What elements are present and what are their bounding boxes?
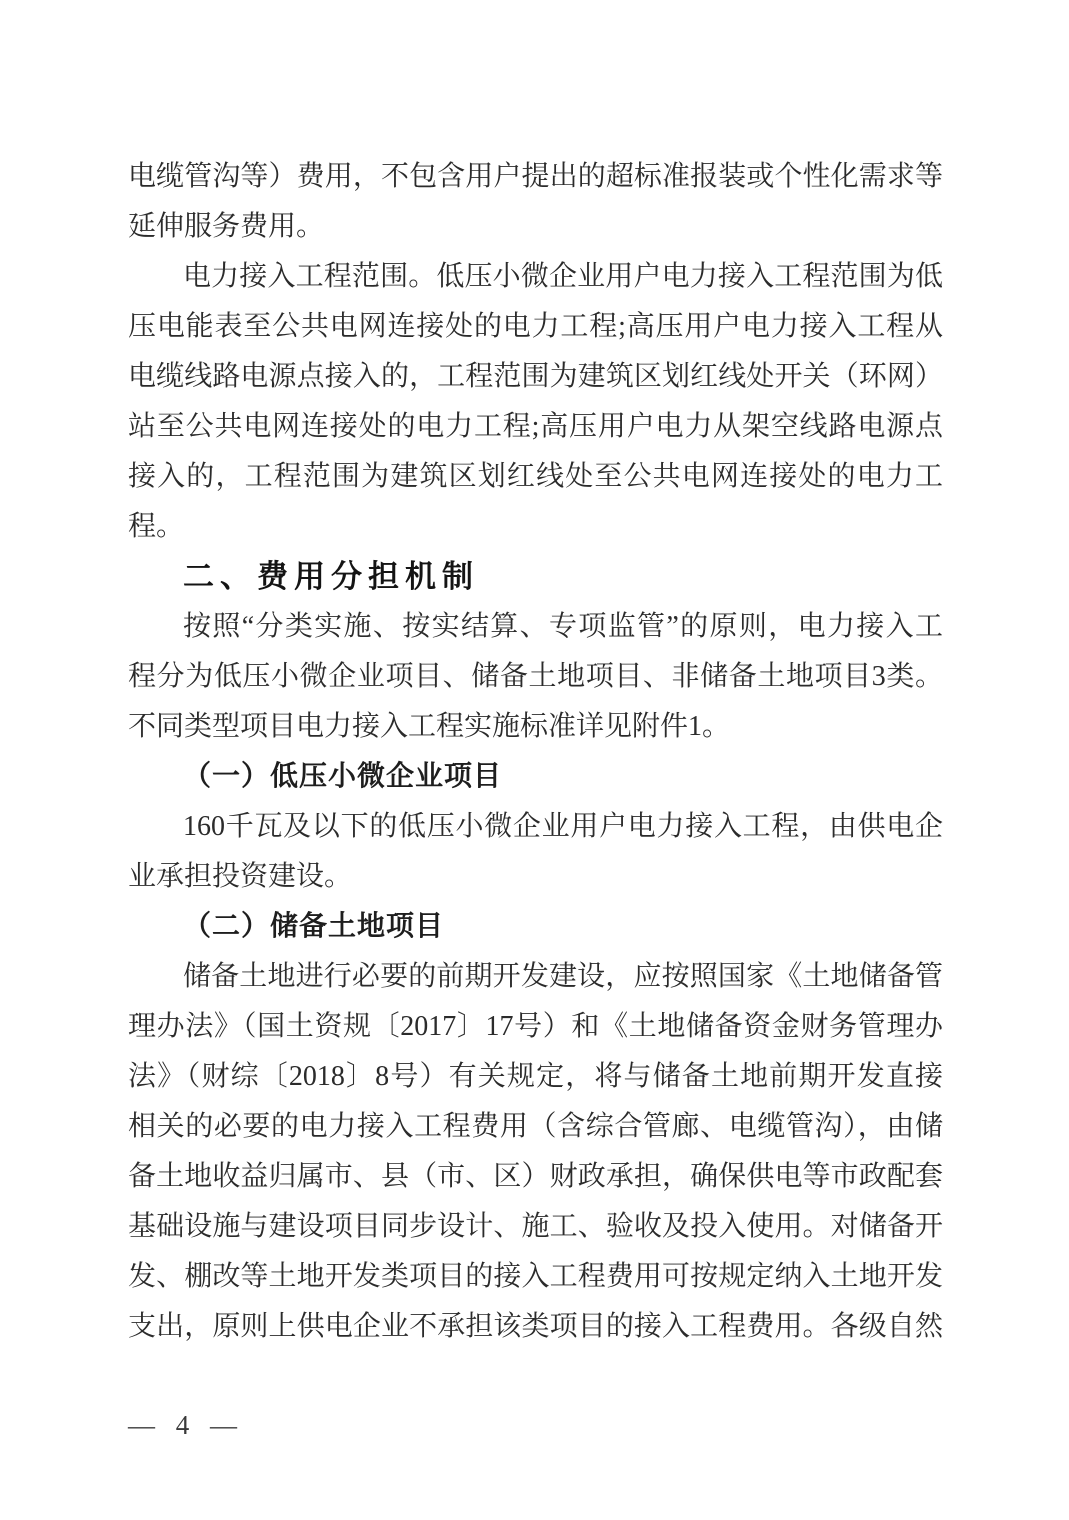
- text-line: 不同类型项目电力接入工程实施标准详见附件1。: [128, 702, 943, 752]
- text-line: 备土地收益归属市、县（市、区）财政承担，确保供电等市政配套: [128, 1152, 943, 1202]
- text-line: 160千瓦及以下的低压小微企业用户电力接入工程，由供电企: [128, 802, 943, 852]
- text-line: 法》（财综〔2018〕8号）有关规定，将与储备土地前期开发直接: [128, 1052, 943, 1102]
- subsection-heading: （二）储备土地项目: [128, 902, 943, 952]
- text-line: 延伸服务费用。: [128, 202, 943, 252]
- text-line: 基础设施与建设项目同步设计、施工、验收及投入使用。对储备开: [128, 1202, 943, 1252]
- text-line: 电缆线路电源点接入的，工程范围为建筑区划红线处开关（环网）: [128, 352, 943, 402]
- text-line: 电缆管沟等）费用，不包含用户提出的超标准报装或个性化需求等: [128, 152, 943, 202]
- page-number: — 4 —: [128, 1405, 244, 1445]
- section-heading: 二、费用分担机制: [128, 552, 943, 602]
- text-line: 按照“分类实施、按实结算、专项监管”的原则，电力接入工: [128, 602, 943, 652]
- text-line: 接入的，工程范围为建筑区划红线处至公共电网连接处的电力工: [128, 452, 943, 502]
- text-block: 电缆管沟等）费用，不包含用户提出的超标准报装或个性化需求等 延伸服务费用。 电力…: [128, 152, 943, 1352]
- text-line: 程分为低压小微企业项目、储备土地项目、非储备土地项目3类。: [128, 652, 943, 702]
- text-line: 程。: [128, 502, 943, 552]
- text-line: 站至公共电网连接处的电力工程;高压用户电力从架空线路电源点: [128, 402, 943, 452]
- text-line: 支出，原则上供电企业不承担该类项目的接入工程费用。各级自然: [128, 1302, 943, 1352]
- text-line: 业承担投资建设。: [128, 852, 943, 902]
- text-line: 储备土地进行必要的前期开发建设，应按照国家《土地储备管: [128, 952, 943, 1002]
- text-line: 电力接入工程范围。低压小微企业用户电力接入工程范围为低: [128, 252, 943, 302]
- text-line: 理办法》（国土资规〔2017〕17号）和《土地储备资金财务管理办: [128, 1002, 943, 1052]
- document-page: 电缆管沟等）费用，不包含用户提出的超标准报装或个性化需求等 延伸服务费用。 电力…: [0, 0, 1069, 1520]
- text-line: 压电能表至公共电网连接处的电力工程;高压用户电力接入工程从: [128, 302, 943, 352]
- subsection-heading: （一）低压小微企业项目: [128, 752, 943, 802]
- text-line: 相关的必要的电力接入工程费用（含综合管廊、电缆管沟），由储: [128, 1102, 943, 1152]
- text-line: 发、棚改等土地开发类项目的接入工程费用可按规定纳入土地开发: [128, 1252, 943, 1302]
